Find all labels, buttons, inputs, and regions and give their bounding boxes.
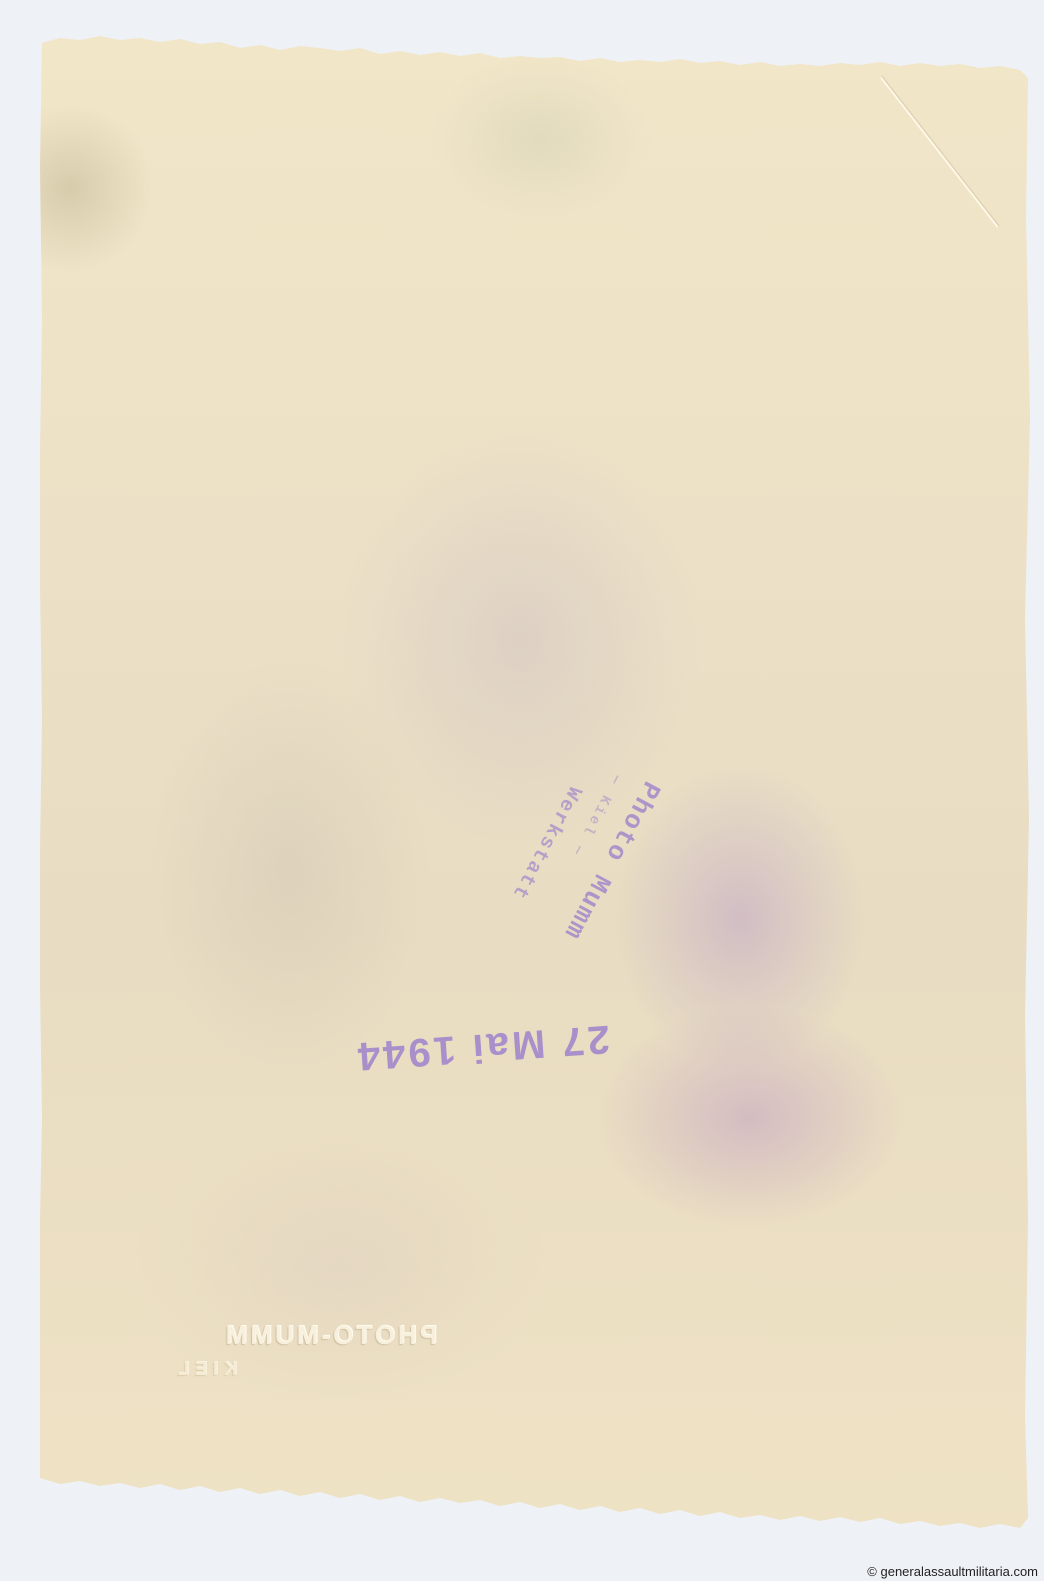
embossed-studio-mark: PHOTO-MUMM KIEL — [172, 1320, 437, 1380]
emboss-studio-name: PHOTO-MUMM — [172, 1320, 437, 1351]
corner-fold-crease — [880, 77, 999, 228]
copyright-watermark: © generalassaultmilitaria.com — [867, 1564, 1038, 1579]
scan-background: Photo Mumm — Kiel — Werkstatt 27 Mai 194… — [0, 0, 1044, 1581]
emboss-city: KIEL — [172, 1359, 237, 1380]
